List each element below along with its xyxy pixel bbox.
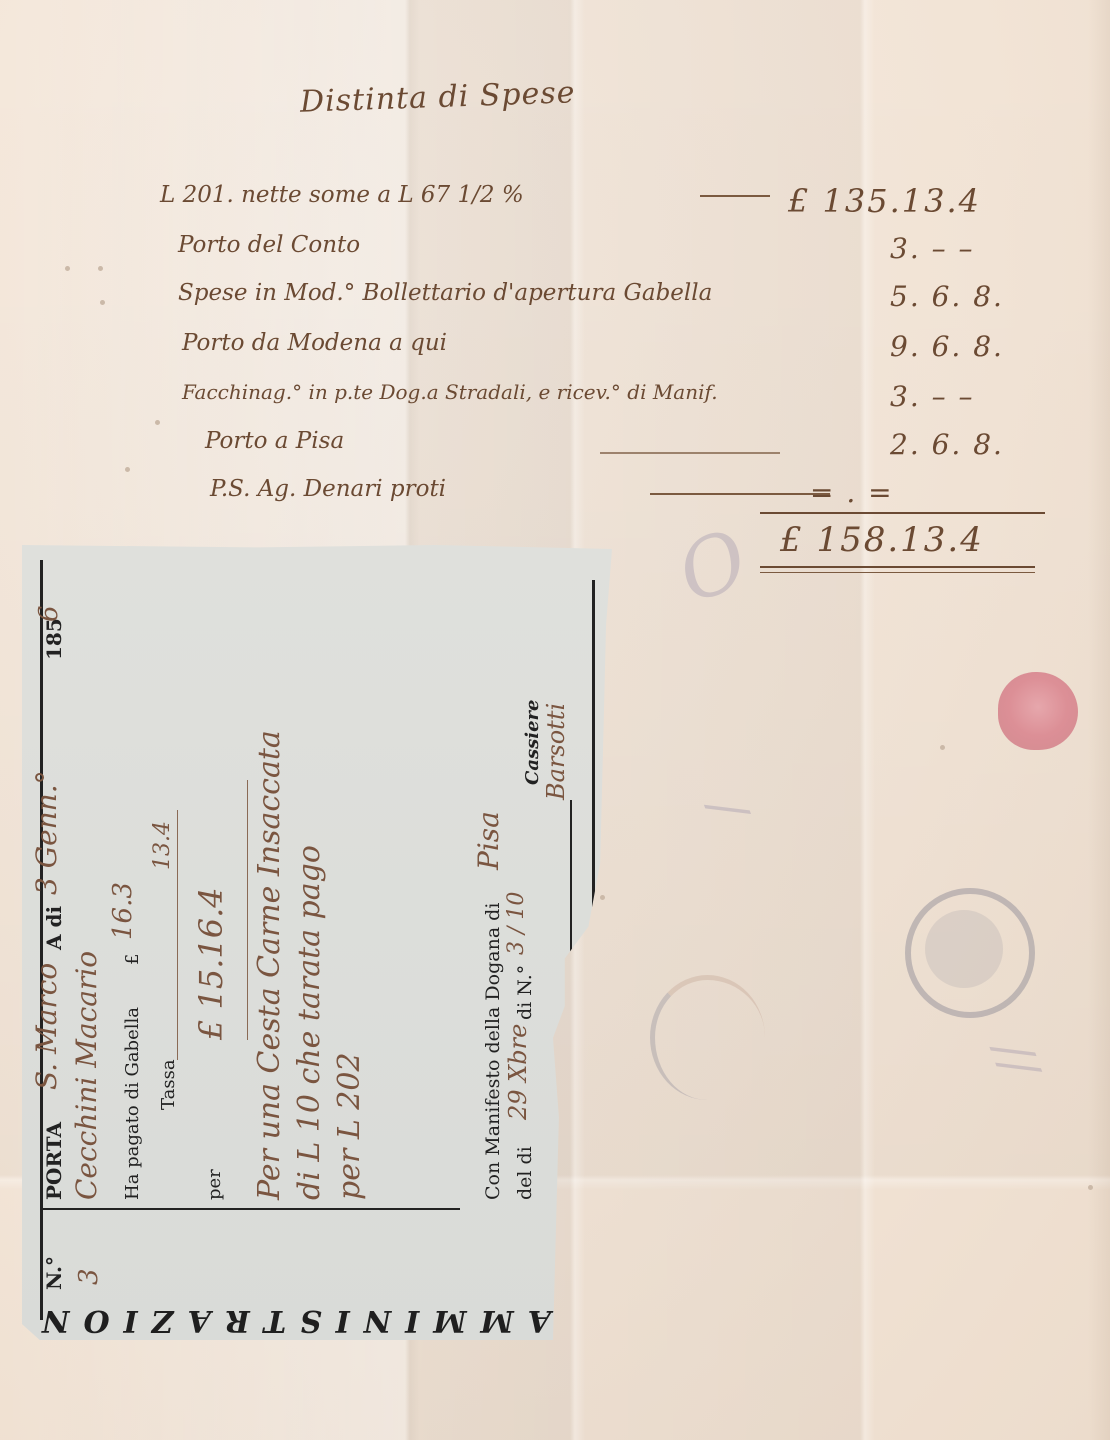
ledger-dash [700,195,770,197]
ledger-dash [600,452,780,454]
pinhole [65,266,70,271]
tassa-label: Tassa [158,1059,179,1110]
sum-total: £ 15.16.4 [192,887,230,1040]
pinhole [155,420,160,425]
red-wax-seal [998,672,1078,750]
ledger-amount: 5. 6. 8. [890,280,1004,313]
ledger-dash [650,493,830,495]
ledger-description: Spese in Mod.° Bollettario d'apertura Ga… [178,280,712,306]
sum-rule [177,810,178,1060]
paid-label: Ha pagato di Gabella [122,1007,143,1200]
ledger-description: Facchinag.° in p.te Dog.a Stradali, e ri… [182,380,718,404]
ledger-amount: 3. – – [890,232,975,265]
per-line-2: di L 10 che tarata pago [292,845,327,1200]
paid-amount: 16.3 [108,882,138,940]
receipt-number-label: N.° [42,1256,66,1290]
pinhole [125,467,130,472]
year-printed: 185 [42,618,66,660]
porta-label: PORTA [42,1122,66,1200]
ledger-amount: 2. 6. 8. [890,428,1004,461]
payer-name: Cecchini Macario [70,951,103,1200]
ledger-amount: 9. 6. 8. [890,330,1004,363]
receipt-banner-upside-down: AMMINISTRAZION [22,1302,557,1338]
ledger-amount: 3. – – [890,380,975,413]
ledger-row: L 201. nette some a L 67 1/2 % £ 135.13.… [160,182,1040,232]
ledger-description: Porto da Modena a qui [182,330,447,356]
pinhole [600,895,605,900]
ledger-row: P.S. Ag. Denari proti = . = [160,476,1040,526]
paid-currency: £ [122,954,143,965]
ledger-row: Porto da Modena a qui 9. 6. 8. [160,330,1040,380]
ledger-description: L 201. nette some a L 67 1/2 % [160,182,524,208]
ledger-row: Porto del Conto 3. – – [160,232,1040,282]
embossed-watermark [62,70,132,110]
ledger-amount: £ 135.13.4 [788,182,981,220]
pinhole [98,266,103,271]
postmark-center [925,910,1003,988]
receipt-divider [40,1208,460,1210]
pinhole [940,745,945,750]
ledger-description: P.S. Ag. Denari proti [210,476,446,502]
total-rule [760,512,1045,514]
receipt-number: 3 [74,1268,104,1285]
del-label: del di [514,1146,536,1200]
di-n-value: 3 / 10 [504,892,529,955]
ledger-description: Porto del Conto [178,232,360,258]
sum-rule [247,780,248,1040]
ledger-description: Porto a Pisa [205,428,344,454]
faint-postmark [650,975,765,1100]
pinhole [1088,1185,1093,1190]
del-value: 29 Xbre [504,1024,532,1120]
date-value: 3 Genn.° [30,770,63,895]
ledger-row: Spese in Mod.° Bollettario d'apertura Ga… [160,280,1040,330]
per-line-3: per L 202 [332,1052,367,1200]
year-handwritten: 6 [34,605,64,622]
total-double-rule [760,572,1035,573]
tassa-value: 13.4 [150,821,175,870]
customs-receipt: N.° 3 PORTA S. Marco A di 3 Genn.° 185 6… [22,545,612,1340]
total-double-rule [760,566,1035,568]
date-label: A di [42,906,66,950]
ledger-total: £ 158.13.4 [780,520,984,560]
di-n-label: di N.° [514,965,536,1020]
per-line-1: Per una Cesta Carne Insaccata [252,730,287,1200]
receipt-rotated-content: N.° 3 PORTA S. Marco A di 3 Genn.° 185 6… [22,545,612,1340]
porta-value: S. Marco [30,963,63,1090]
ledger-row: Facchinag.° in p.te Dog.a Stradali, e ri… [160,380,1040,430]
paper-edge-shadow [1088,0,1110,1440]
manifest-value: Pisa [472,811,505,870]
per-label: per [204,1169,225,1200]
pinhole [100,300,105,305]
cassiere-label: Cassiere [522,700,543,785]
manifest-label: Con Manifesto della Dogana di [482,903,504,1200]
cassiere-signature: Barsotti [542,703,570,800]
